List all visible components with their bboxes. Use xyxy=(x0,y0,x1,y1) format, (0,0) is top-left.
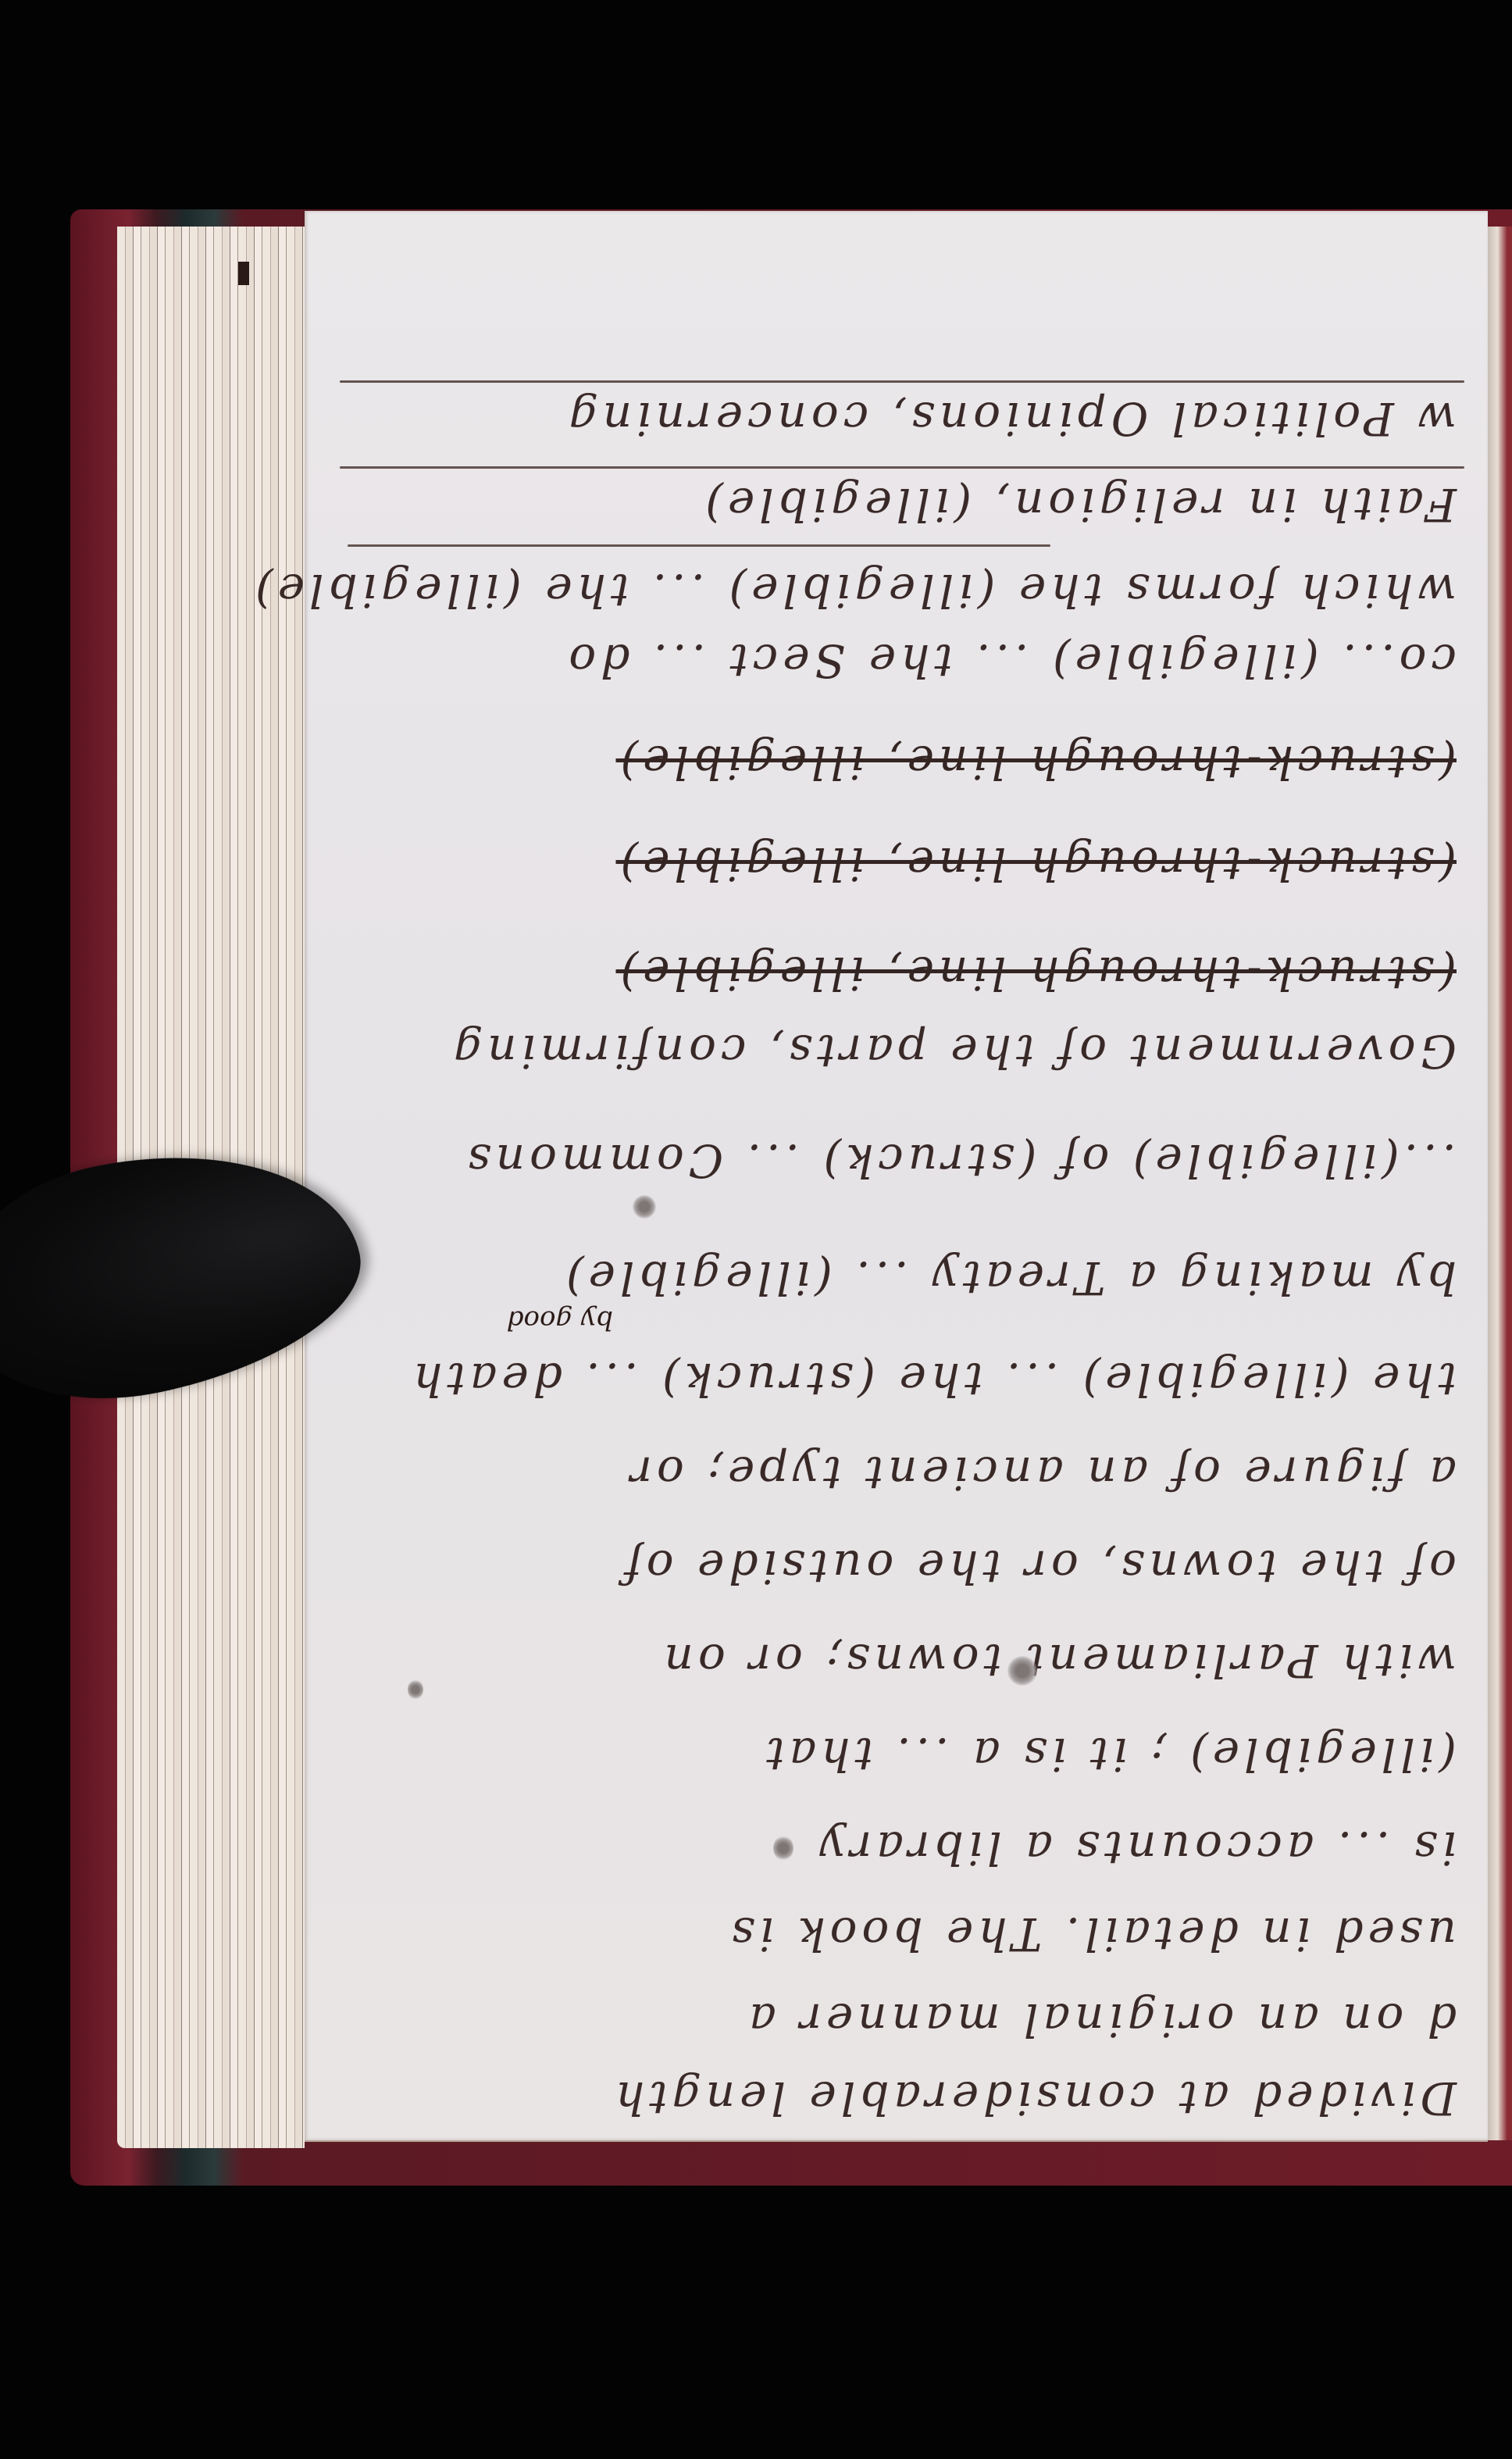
facing-page-edge xyxy=(1488,227,1512,2140)
manuscript-line: the (illegible) ... the (struck) ... dea… xyxy=(328,1353,1457,1406)
foxing-spot xyxy=(408,1679,423,1700)
manuscript-line: Divided at considerable length xyxy=(328,2072,1457,2125)
header-rule-middle xyxy=(340,466,1464,469)
struck-line: (struck-through line, illegible) xyxy=(328,947,1457,1000)
page-tab-mark xyxy=(238,262,249,285)
interlinear-insert: by good xyxy=(507,1304,613,1336)
foxing-spot xyxy=(633,1195,656,1219)
header-rule-top xyxy=(340,380,1464,383)
manuscript-line: Government of the parts, confirming xyxy=(328,1025,1457,1078)
foxing-spot xyxy=(773,1836,793,1861)
foxing-spot xyxy=(1007,1656,1037,1686)
manuscript-line: d on an original manner a xyxy=(328,1993,1457,2047)
manuscript-line: with Parliament towns; or on xyxy=(328,1634,1457,1687)
struck-line: (struck-through line, illegible) xyxy=(328,736,1457,789)
manuscript-line: which forms the (illegible) ... the (ill… xyxy=(328,564,1457,617)
manuscript-line: by making a Treaty ... (illegible) xyxy=(328,1251,1457,1304)
manuscript-line: is ... accounts a library xyxy=(328,1822,1457,1875)
manuscript-line: used in detail. The book is xyxy=(328,1908,1457,1961)
manuscript-line: ...(illegible) of (struck) ... Commons xyxy=(328,1134,1457,1187)
manuscript-line: of the towns, or the outside of xyxy=(328,1540,1457,1594)
header-line-1: w Political Opinions, concerning xyxy=(328,392,1457,445)
header-rule-bottom xyxy=(348,544,1050,547)
upside-down-ink-area: w Political Opinions, concerning Faith i… xyxy=(305,211,1488,2140)
header-line-2: Faith in religion, (illegible) xyxy=(328,478,1457,531)
struck-line: (struck-through line, illegible) xyxy=(328,837,1457,890)
manuscript-line: (illegible) ; it is a ... that xyxy=(328,1728,1457,1781)
manuscript-page: w Political Opinions, concerning Faith i… xyxy=(305,211,1488,2142)
manuscript-line: a figure of an ancient type; or xyxy=(328,1447,1457,1500)
manuscript-line: co... (illegible) ... the Sect ... do xyxy=(328,634,1457,687)
